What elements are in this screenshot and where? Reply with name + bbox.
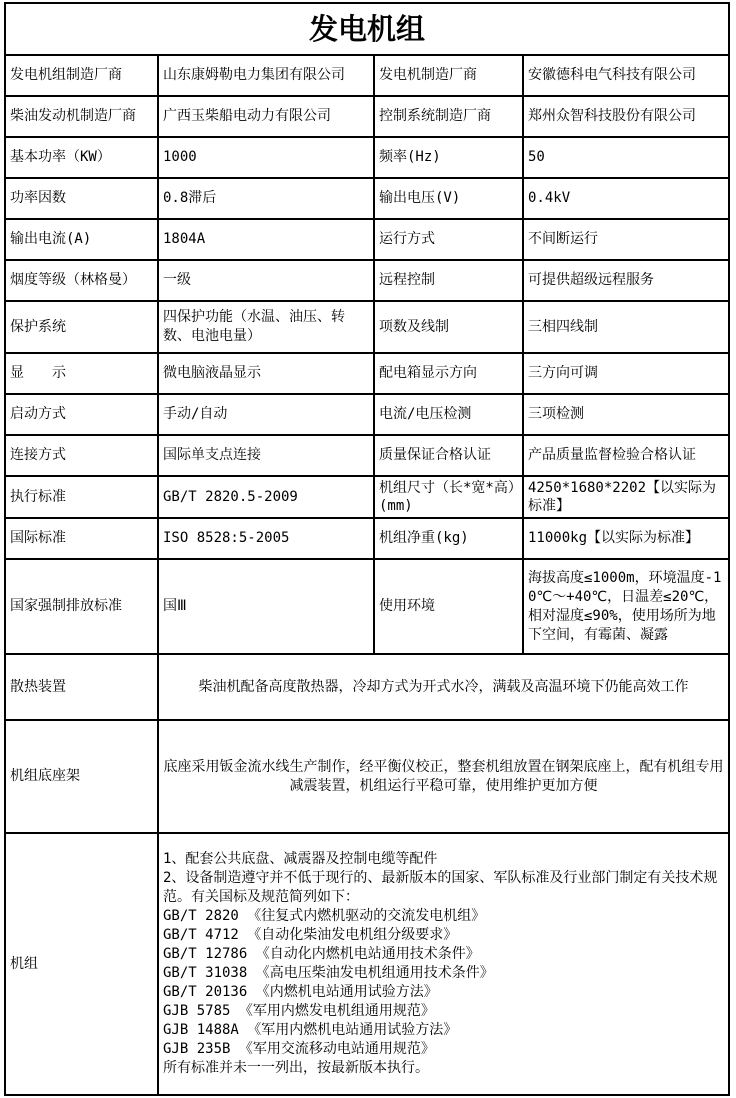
spec-label: 基本功率（KW） — [5, 137, 158, 178]
spec-row-base-frame: 机组底座架 底座采用钣金流水线生产制作，经平衡仪校正，整套机组放置在钢架底座上，… — [5, 720, 729, 833]
spec-value: 国Ⅲ — [158, 559, 374, 654]
spec-row-unit-standards: 机组 1、配套公共底盘、减震器及控制电缆等配件 2、设备制造遵守并不低于现行的、… — [5, 833, 729, 1095]
spec-row-display: 显 示 微电脑液晶显示 配电箱显示方向 三方向可调 — [5, 353, 729, 394]
spec-label: 项数及线制 — [374, 301, 523, 353]
spec-row-smoke-remote: 烟度等级（林格曼） 一级 远程控制 可提供超级远程服务 — [5, 260, 729, 301]
spec-value: 国际单支点连接 — [158, 435, 374, 476]
spec-label: 柴油发动机制造厂商 — [5, 96, 158, 137]
spec-label: 发电机制造厂商 — [374, 55, 523, 96]
spec-value: 1、配套公共底盘、减震器及控制电缆等配件 2、设备制造遵守并不低于现行的、最新版… — [158, 833, 729, 1095]
spec-value: 微电脑液晶显示 — [158, 353, 374, 394]
spec-value: 一级 — [158, 260, 374, 301]
spec-row-standard-size: 执行标准 GB/T 2820.5-2009 机组尺寸（长*宽*高）(mm) 42… — [5, 476, 729, 518]
spec-value: 手动/自动 — [158, 394, 374, 435]
spec-value: 底座采用钣金流水线生产制作，经平衡仪校正，整套机组放置在钢架底座上，配有机组专用… — [158, 720, 729, 833]
spec-value: ISO 8528:5-2005 — [158, 518, 374, 559]
spec-label: 机组尺寸（长*宽*高）(mm) — [374, 476, 523, 518]
spec-label: 散热装置 — [5, 654, 158, 720]
spec-value: 三方向可调 — [523, 353, 729, 394]
spec-row-cooling: 散热装置 柴油机配备高度散热器，冷却方式为开式水冷，满载及高温环境下仍能高效工作 — [5, 654, 729, 720]
spec-row-manufacturers: 发电机组制造厂商 山东康姆勒电力集团有限公司 发电机制造厂商 安徽德科电气科技有… — [5, 55, 729, 96]
spec-table: 发电机组 发电机组制造厂商 山东康姆勒电力集团有限公司 发电机制造厂商 安徽德科… — [4, 2, 730, 1096]
spec-value: 1000 — [158, 137, 374, 178]
spec-label: 远程控制 — [374, 260, 523, 301]
spec-value: 安徽德科电气科技有限公司 — [523, 55, 729, 96]
spec-label: 烟度等级（林格曼） — [5, 260, 158, 301]
title-row: 发电机组 — [5, 3, 729, 55]
spec-value: 柴油机配备高度散热器，冷却方式为开式水冷，满载及高温环境下仍能高效工作 — [158, 654, 729, 720]
spec-label: 国家强制排放标准 — [5, 559, 158, 654]
spec-row-connection-cert: 连接方式 国际单支点连接 质量保证合格认证 产品质量监督检验合格认证 — [5, 435, 729, 476]
spec-value: 广西玉柴船电动力有限公司 — [158, 96, 374, 137]
spec-label: 运行方式 — [374, 219, 523, 260]
spec-value: 0.8滞后 — [158, 178, 374, 219]
spec-row-start-detect: 启动方式 手动/自动 电流/电压检测 三项检测 — [5, 394, 729, 435]
spec-label: 电流/电压检测 — [374, 394, 523, 435]
spec-label: 发电机组制造厂商 — [5, 55, 158, 96]
spec-row-emission-env: 国家强制排放标准 国Ⅲ 使用环境 海拔高度≤1000m，环境温度-10℃～+40… — [5, 559, 729, 654]
spec-row-engine-control: 柴油发动机制造厂商 广西玉柴船电动力有限公司 控制系统制造厂商 郑州众智科技股份… — [5, 96, 729, 137]
spec-label: 执行标准 — [5, 476, 158, 518]
spec-label: 机组底座架 — [5, 720, 158, 833]
spec-value: 50 — [523, 137, 729, 178]
spec-row-power-freq: 基本功率（KW） 1000 频率(Hz) 50 — [5, 137, 729, 178]
spec-label: 输出电流(A) — [5, 219, 158, 260]
spec-label: 机组 — [5, 833, 158, 1095]
spec-value: 0.4kV — [523, 178, 729, 219]
spec-value: GB/T 2820.5-2009 — [158, 476, 374, 518]
spec-label: 保护系统 — [5, 301, 158, 353]
spec-value: 三项检测 — [523, 394, 729, 435]
spec-value: 四保护功能（水温、油压、转数、电池电量） — [158, 301, 374, 353]
spec-label: 国际标准 — [5, 518, 158, 559]
spec-row-pf-voltage: 功率因数 0.8滞后 输出电压(V) 0.4kV — [5, 178, 729, 219]
spec-label: 显 示 — [5, 353, 158, 394]
spec-value: 海拔高度≤1000m，环境温度-10℃～+40℃，日温差≤20℃，相对湿度≤90… — [523, 559, 729, 654]
spec-label: 连接方式 — [5, 435, 158, 476]
spec-label: 配电箱显示方向 — [374, 353, 523, 394]
spec-value: 不间断运行 — [523, 219, 729, 260]
spec-value: 4250*1680*2202【以实际为标准】 — [523, 476, 729, 518]
spec-label: 质量保证合格认证 — [374, 435, 523, 476]
spec-label: 机组净重(kg) — [374, 518, 523, 559]
spec-row-current-mode: 输出电流(A) 1804A 运行方式 不间断运行 — [5, 219, 729, 260]
spec-row-protection-phase: 保护系统 四保护功能（水温、油压、转数、电池电量） 项数及线制 三相四线制 — [5, 301, 729, 353]
spec-value: 可提供超级远程服务 — [523, 260, 729, 301]
spec-label: 频率(Hz) — [374, 137, 523, 178]
spec-label: 使用环境 — [374, 559, 523, 654]
spec-value: 11000kg【以实际为标准】 — [523, 518, 729, 559]
spec-label: 功率因数 — [5, 178, 158, 219]
spec-value: 郑州众智科技股份有限公司 — [523, 96, 729, 137]
spec-value: 1804A — [158, 219, 374, 260]
page-title: 发电机组 — [5, 3, 729, 55]
spec-label: 启动方式 — [5, 394, 158, 435]
spec-label: 输出电压(V) — [374, 178, 523, 219]
spec-value: 山东康姆勒电力集团有限公司 — [158, 55, 374, 96]
spec-value: 产品质量监督检验合格认证 — [523, 435, 729, 476]
spec-label: 控制系统制造厂商 — [374, 96, 523, 137]
spec-value: 三相四线制 — [523, 301, 729, 353]
spec-row-iso-weight: 国际标准 ISO 8528:5-2005 机组净重(kg) 11000kg【以实… — [5, 518, 729, 559]
